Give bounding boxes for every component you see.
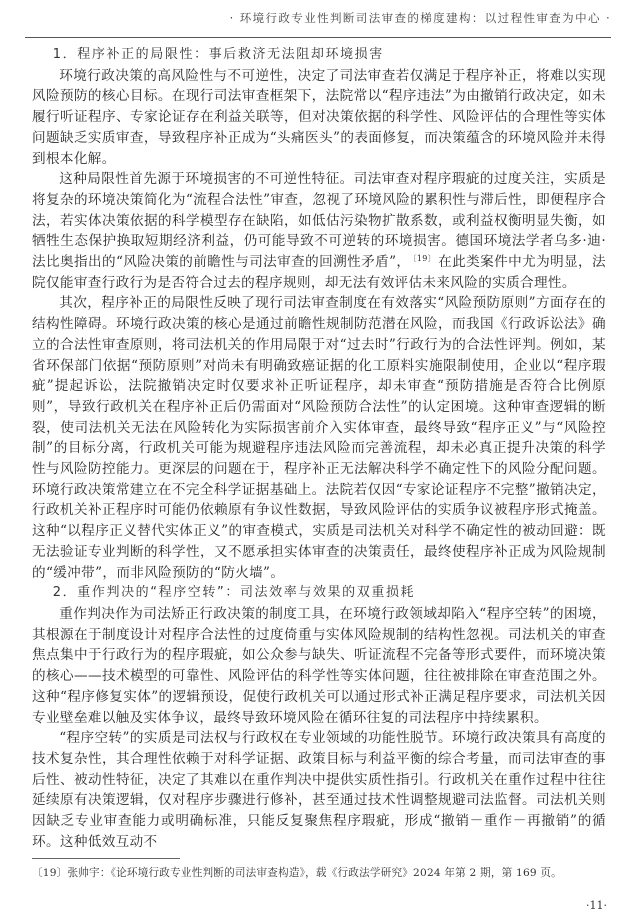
running-header: · 环境行政专业性判断司法审查的梯度建构：以过程性审查为中心 ·: [230, 10, 611, 26]
paragraph: “程序空转”的实质是司法权与行政权在专业领域的功能性脱节。环境行政决策具有高度的…: [32, 728, 606, 852]
paragraph: 重作判决作为司法矫正行政决策的制度工具，在环境行政领域却陷入“程序空转”的困境，…: [32, 604, 606, 728]
section-heading-2: 2．重作判决的“程序空转”：司法效率与效果的双重损耗: [32, 583, 606, 604]
footnote-separator: [32, 858, 180, 859]
section-heading-1: 1．程序补正的局限性：事后救济无法阻却环境损害: [32, 45, 606, 66]
paragraph: 其次，程序补正的局限性反映了现行司法审查制度在有效落实“风险预防原则”方面存在的…: [32, 293, 606, 583]
footnote-marker: 〔19〕: [32, 867, 67, 879]
footnote-text: 张帅宇：《论环境行政专业性判断的司法审查构造》，载《行政法学研究》2024 年第…: [67, 867, 562, 879]
article-body: 1．程序补正的局限性：事后救济无法阻却环境损害 环境行政决策的高风险性与不可逆性…: [32, 45, 606, 852]
page-number: ·11·: [586, 899, 607, 912]
footnote-reference[interactable]: 〔19〕: [412, 254, 436, 263]
header-rule: [25, 37, 611, 38]
paragraph: 环境行政决策的高风险性与不可逆性，决定了司法审查若仅满足于程序补正，将难以实现风…: [32, 66, 606, 170]
paragraph-with-footnote-ref: 这种局限性首先源于环境损害的不可逆性特征。司法审查对程序瑕疵的过度关注，实质是将…: [32, 169, 606, 293]
footnote: 〔19〕张帅宇：《论环境行政专业性判断的司法审查构造》，载《行政法学研究》202…: [32, 865, 612, 881]
